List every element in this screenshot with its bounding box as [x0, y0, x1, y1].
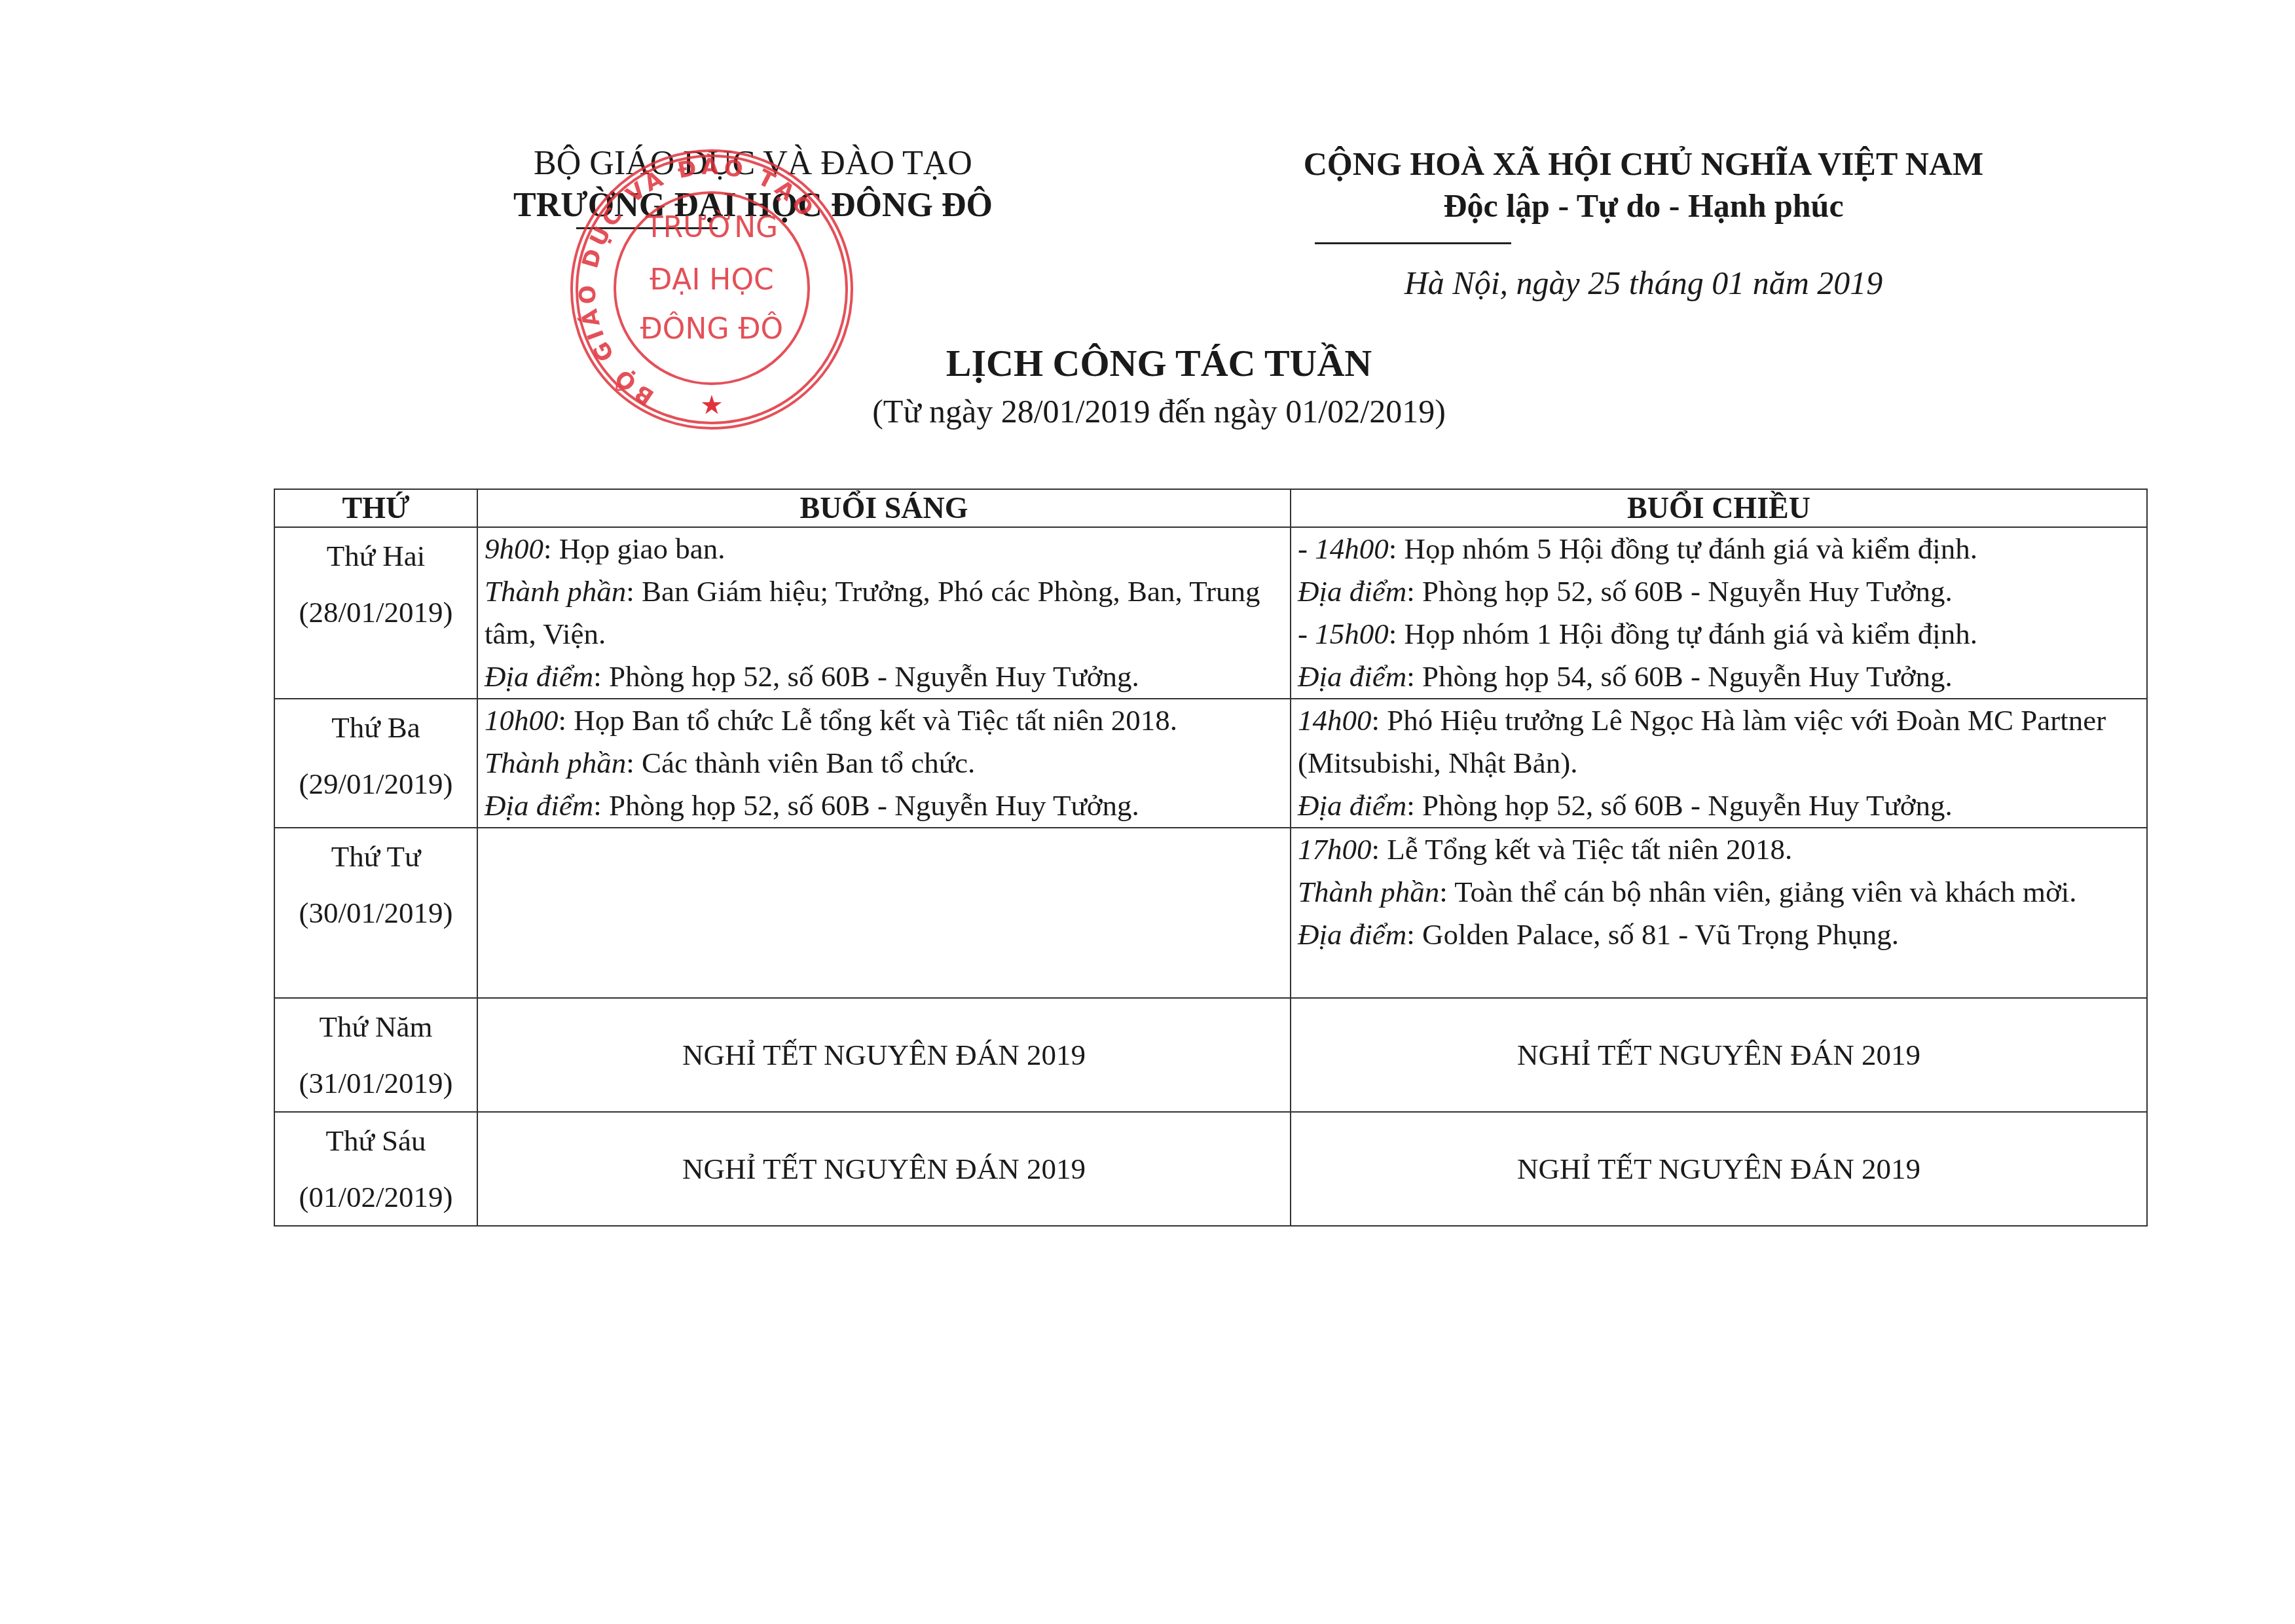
weekly-schedule-table: THỨ BUỔI SÁNG BUỔI CHIỀU Thứ Hai(28/01/2…: [274, 489, 2148, 1227]
afternoon-cell: NGHỈ TẾT NGUYÊN ĐÁN 2019: [1291, 998, 2147, 1112]
schedule-entry: Địa điểm: Phòng họp 54, số 60B - Nguyễn …: [1298, 655, 2140, 698]
entry-label: Thành phần: [485, 747, 626, 779]
day-date: (01/02/2019): [282, 1169, 470, 1225]
entry-label: Thành phần: [485, 575, 626, 608]
entry-label: Thành phần: [1298, 876, 1439, 908]
nation-name: CỘNG HOÀ XÃ HỘI CHỦ NGHĨA VIỆT NAM: [1244, 143, 2043, 185]
entry-text: : Golden Palace, số 81 - Vũ Trọng Phụng.: [1406, 918, 1899, 951]
holiday-notice: NGHỈ TẾT NGUYÊN ĐÁN 2019: [1517, 1153, 1920, 1185]
table-header-row: THỨ BUỔI SÁNG BUỔI CHIỀU: [274, 489, 2147, 527]
entry-label: 10h00: [485, 704, 559, 737]
entry-label: Địa điểm: [485, 789, 593, 822]
entry-label: - 14h00: [1298, 532, 1389, 565]
document-title: LỊCH CÔNG TÁC TUẦN: [655, 341, 1663, 386]
afternoon-cell: 17h00: Lễ Tổng kết và Tiệc tất niên 2018…: [1291, 828, 2147, 998]
day-name: Thứ Sáu: [282, 1113, 470, 1169]
day-cell: Thứ Hai(28/01/2019): [274, 527, 477, 699]
day-cell: Thứ Năm(31/01/2019): [274, 998, 477, 1112]
day-date: (28/01/2019): [282, 584, 470, 640]
schedule-entry: Thành phần: Các thành viên Ban tổ chức.: [485, 742, 1283, 784]
schedule-entry: - 14h00: Họp nhóm 5 Hội đồng tự đánh giá…: [1298, 528, 2140, 570]
day-cell: Thứ Sáu(01/02/2019): [274, 1112, 477, 1226]
stamp-line-1: TRƯỜNG: [645, 210, 778, 244]
entry-label: 9h00: [485, 532, 543, 565]
motto-underline: [1315, 242, 1511, 244]
holiday-notice: NGHỈ TẾT NGUYÊN ĐÁN 2019: [682, 1039, 1086, 1071]
entry-text: : Lễ Tổng kết và Tiệc tất niên 2018.: [1372, 833, 1793, 866]
schedule-entry: Thành phần: Toàn thể cán bộ nhân viên, g…: [1298, 871, 2140, 913]
holiday-notice: NGHỈ TẾT NGUYÊN ĐÁN 2019: [682, 1153, 1086, 1185]
afternoon-cell: 14h00: Phó Hiệu trưởng Lê Ngọc Hà làm vi…: [1291, 699, 2147, 828]
entry-label: Địa điểm: [1298, 660, 1406, 693]
schedule-entry: 9h00: Họp giao ban.: [485, 528, 1283, 570]
entry-text: : Phòng họp 54, số 60B - Nguyễn Huy Tưởn…: [1406, 660, 1953, 693]
entry-text: : Các thành viên Ban tổ chức.: [626, 747, 975, 779]
national-motto: Độc lập - Tự do - Hạnh phúc: [1244, 185, 2043, 227]
day-cell: Thứ Tư(30/01/2019): [274, 828, 477, 998]
stamp-line-2: ĐẠI HỌC: [650, 263, 774, 297]
schedule-entry: 17h00: Lễ Tổng kết và Tiệc tất niên 2018…: [1298, 828, 2140, 871]
header-morning: BUỔI SÁNG: [477, 489, 1291, 527]
table-row: Thứ Tư(30/01/2019)17h00: Lễ Tổng kết và …: [274, 828, 2147, 998]
schedule-entry: Địa điểm: Golden Palace, số 81 - Vũ Trọn…: [1298, 913, 2140, 956]
header-afternoon: BUỔI CHIỀU: [1291, 489, 2147, 527]
day-name: Thứ Tư: [282, 828, 470, 885]
morning-cell: NGHỈ TẾT NGUYÊN ĐÁN 2019: [477, 1112, 1291, 1226]
entry-label: 14h00: [1298, 704, 1372, 737]
schedule-entry: Địa điểm: Phòng họp 52, số 60B - Nguyễn …: [485, 655, 1283, 698]
entry-text: : Phòng họp 52, số 60B - Nguyễn Huy Tưởn…: [593, 789, 1139, 822]
entry-text: : Phòng họp 52, số 60B - Nguyễn Huy Tưởn…: [593, 660, 1139, 693]
table-row: Thứ Ba(29/01/2019)10h00: Họp Ban tổ chức…: [274, 699, 2147, 828]
place-and-date: Hà Nội, ngày 25 tháng 01 năm 2019: [1244, 262, 2043, 304]
day-name: Thứ Ba: [282, 699, 470, 756]
document-date-range: (Từ ngày 28/01/2019 đến ngày 01/02/2019): [655, 390, 1663, 432]
schedule-entry: 10h00: Họp Ban tổ chức Lễ tổng kết và Ti…: [485, 699, 1283, 742]
entry-label: Địa điểm: [1298, 789, 1406, 822]
schedule-entry: Địa điểm: Phòng họp 52, số 60B - Nguyễn …: [1298, 784, 2140, 827]
day-date: (31/01/2019): [282, 1055, 470, 1111]
day-date: (30/01/2019): [282, 885, 470, 941]
table-row: Thứ Năm(31/01/2019)NGHỈ TẾT NGUYÊN ĐÁN 2…: [274, 998, 2147, 1112]
entry-label: Địa điểm: [1298, 575, 1406, 608]
schedule-entry: Địa điểm: Phòng họp 52, số 60B - Nguyễn …: [485, 784, 1283, 827]
entry-label: - 15h00: [1298, 618, 1389, 650]
entry-label: Địa điểm: [1298, 918, 1406, 951]
table-row: Thứ Sáu(01/02/2019)NGHỈ TẾT NGUYÊN ĐÁN 2…: [274, 1112, 2147, 1226]
afternoon-cell: - 14h00: Họp nhóm 5 Hội đồng tự đánh giá…: [1291, 527, 2147, 699]
schedule-entry: - 15h00: Họp nhóm 1 Hội đồng tự đánh giá…: [1298, 613, 2140, 655]
morning-cell: 10h00: Họp Ban tổ chức Lễ tổng kết và Ti…: [477, 699, 1291, 828]
entry-text: : Họp giao ban.: [543, 532, 725, 565]
day-name: Thứ Hai: [282, 528, 470, 584]
schedule-entry: 14h00: Phó Hiệu trưởng Lê Ngọc Hà làm vi…: [1298, 699, 2140, 784]
entry-text: : Họp Ban tổ chức Lễ tổng kết và Tiệc tấ…: [559, 704, 1177, 737]
schedule-entry: Thành phần: Ban Giám hiệu; Trưởng, Phó c…: [485, 570, 1283, 655]
holiday-notice: NGHỈ TẾT NGUYÊN ĐÁN 2019: [1517, 1039, 1920, 1071]
entry-text: : Toàn thể cán bộ nhân viên, giảng viên …: [1439, 876, 2076, 908]
entry-text: : Họp nhóm 1 Hội đồng tự đánh giá và kiể…: [1389, 618, 1977, 650]
morning-cell: 9h00: Họp giao ban.Thành phần: Ban Giám …: [477, 527, 1291, 699]
entry-text: : Phó Hiệu trưởng Lê Ngọc Hà làm việc vớ…: [1298, 704, 2106, 779]
entry-text: : Phòng họp 52, số 60B - Nguyễn Huy Tưởn…: [1406, 789, 1953, 822]
day-name: Thứ Năm: [282, 999, 470, 1055]
morning-cell: NGHỈ TẾT NGUYÊN ĐÁN 2019: [477, 998, 1291, 1112]
schedule-entry: Địa điểm: Phòng họp 52, số 60B - Nguyễn …: [1298, 570, 2140, 613]
day-date: (29/01/2019): [282, 756, 470, 812]
header-day: THỨ: [274, 489, 477, 527]
entry-text: : Phòng họp 52, số 60B - Nguyễn Huy Tưởn…: [1406, 575, 1953, 608]
entry-label: 17h00: [1298, 833, 1372, 866]
entry-text: : Họp nhóm 5 Hội đồng tự đánh giá và kiể…: [1389, 532, 1977, 565]
afternoon-cell: NGHỈ TẾT NGUYÊN ĐÁN 2019: [1291, 1112, 2147, 1226]
table-row: Thứ Hai(28/01/2019)9h00: Họp giao ban.Th…: [274, 527, 2147, 699]
national-heading: CỘNG HOÀ XÃ HỘI CHỦ NGHĨA VIỆT NAM Độc l…: [1244, 143, 2043, 227]
morning-cell: [477, 828, 1291, 998]
day-cell: Thứ Ba(29/01/2019): [274, 699, 477, 828]
entry-label: Địa điểm: [485, 660, 593, 693]
